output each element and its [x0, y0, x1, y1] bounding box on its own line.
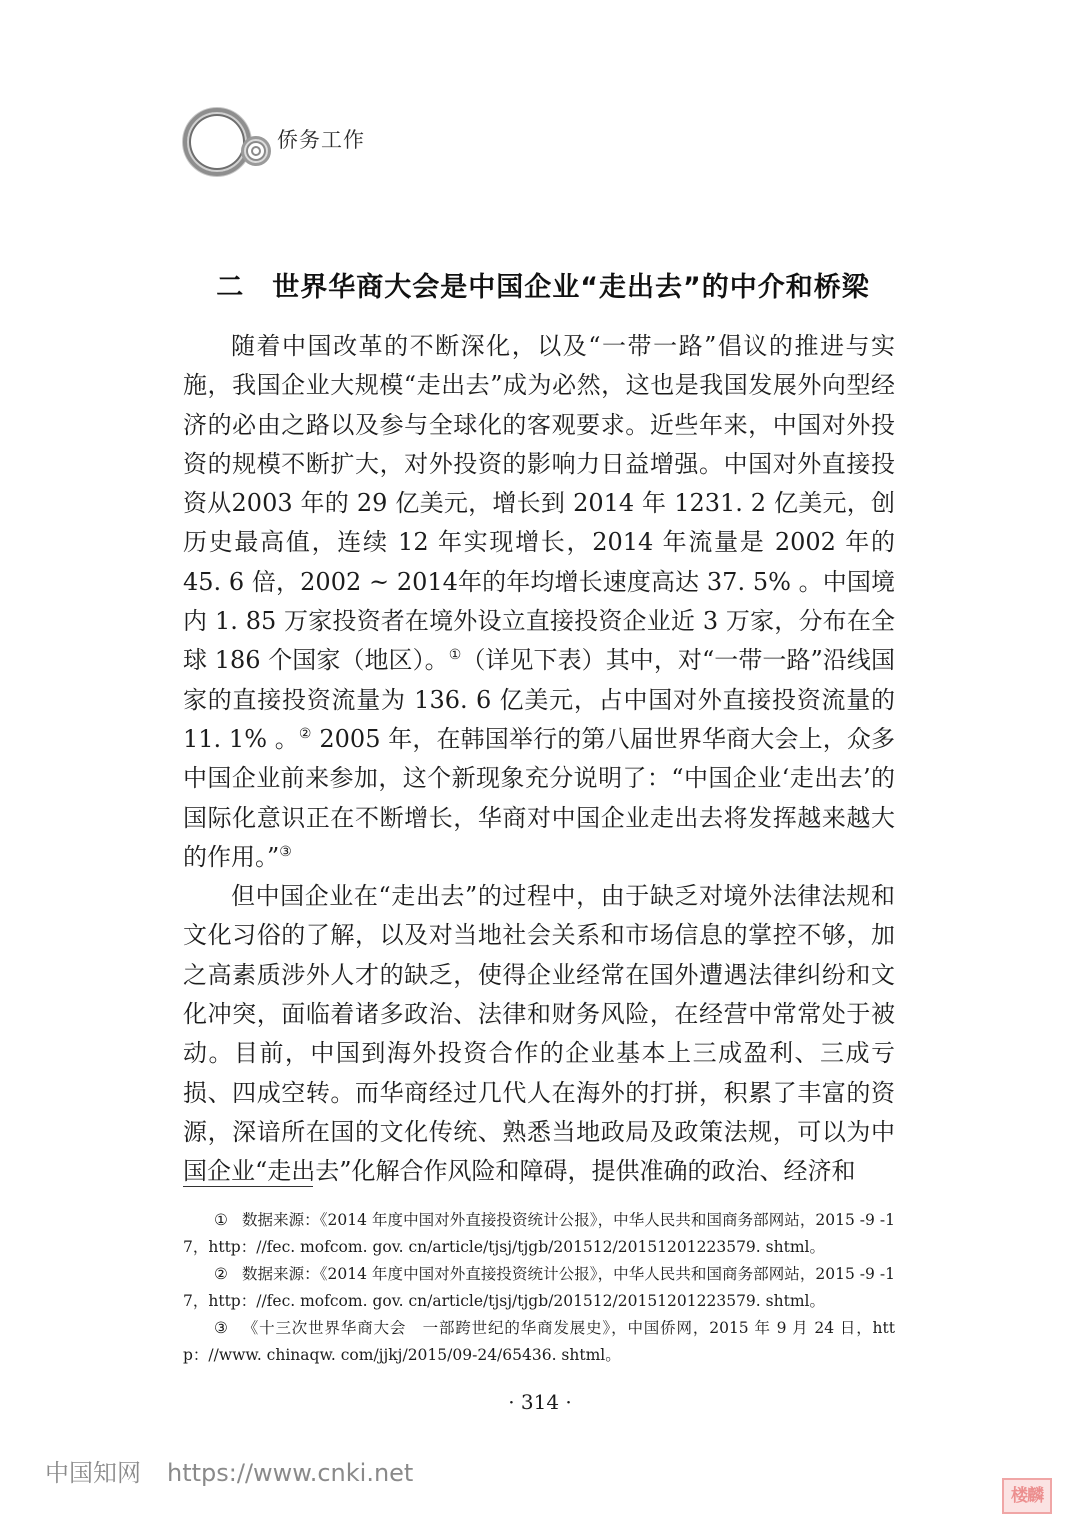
small-ring-icon	[241, 136, 271, 166]
footnote-2: ②数据来源：《2014 年度中国对外直接投资统计公报》，中华人民共和国商务部网站…	[183, 1261, 895, 1315]
body-text: 随着中国改革的不断深化，以及“一带一路”倡议的推进与实施，我国企业大规模“走出去…	[183, 327, 895, 1192]
watermark-brand: 中国知网	[45, 1459, 141, 1487]
footnotes: ①数据来源：《2014 年度中国对外直接投资统计公报》，中华人民共和国商务部网站…	[183, 1207, 895, 1369]
paragraph-1: 随着中国改革的不断深化，以及“一带一路”倡议的推进与实施，我国企业大规模“走出去…	[183, 327, 895, 877]
footnote-text: 数据来源：《2014 年度中国对外直接投资统计公报》，中华人民共和国商务部网站，…	[183, 1211, 895, 1256]
heading-title: 世界华商大会是中国企业“走出去”的中介和桥梁	[272, 272, 870, 303]
footnote-ref-3[interactable]: ③	[279, 844, 292, 860]
cnki-watermark: 中国知网https://www.cnki.net	[45, 1453, 413, 1488]
watermark-url[interactable]: https://www.cnki.net	[167, 1459, 413, 1487]
page-number: · 314 ·	[0, 1390, 1080, 1414]
footnote-text: 《十三次世界华商大会 一部跨世纪的华商发展史》，中国侨网，2015 年 9 月 …	[183, 1319, 895, 1364]
double-ring-icon	[183, 104, 275, 176]
section-name: 侨务工作	[277, 124, 365, 154]
section-heading: 二世界华商大会是中国企业“走出去”的中介和桥梁	[183, 265, 903, 304]
footnote-mark: ①	[214, 1211, 228, 1229]
chapter-header: 侨务工作	[183, 100, 365, 180]
footnote-mark: ②	[214, 1265, 228, 1283]
footnote-ref-1[interactable]: ①	[449, 647, 462, 663]
footnote-divider	[183, 1186, 313, 1187]
paragraph-2: 但中国企业在“走出去”的过程中，由于缺乏对境外法律法规和文化习俗的了解，以及对当…	[183, 877, 895, 1191]
seal-stamp-icon: 楼麟	[1002, 1478, 1052, 1514]
footnote-1: ①数据来源：《2014 年度中国对外直接投资统计公报》，中华人民共和国商务部网站…	[183, 1207, 895, 1261]
paragraph-1-segment-1: 随着中国改革的不断深化，以及“一带一路”倡议的推进与实施，我国企业大规模“走出去…	[183, 332, 895, 674]
heading-number: 二	[216, 272, 244, 303]
footnote-mark: ③	[214, 1319, 229, 1337]
footnote-3: ③《十三次世界华商大会 一部跨世纪的华商发展史》，中国侨网，2015 年 9 月…	[183, 1315, 895, 1369]
footnote-ref-2[interactable]: ②	[299, 726, 312, 742]
footnote-text: 数据来源：《2014 年度中国对外直接投资统计公报》，中华人民共和国商务部网站，…	[183, 1265, 895, 1310]
large-ring-icon	[183, 108, 251, 176]
